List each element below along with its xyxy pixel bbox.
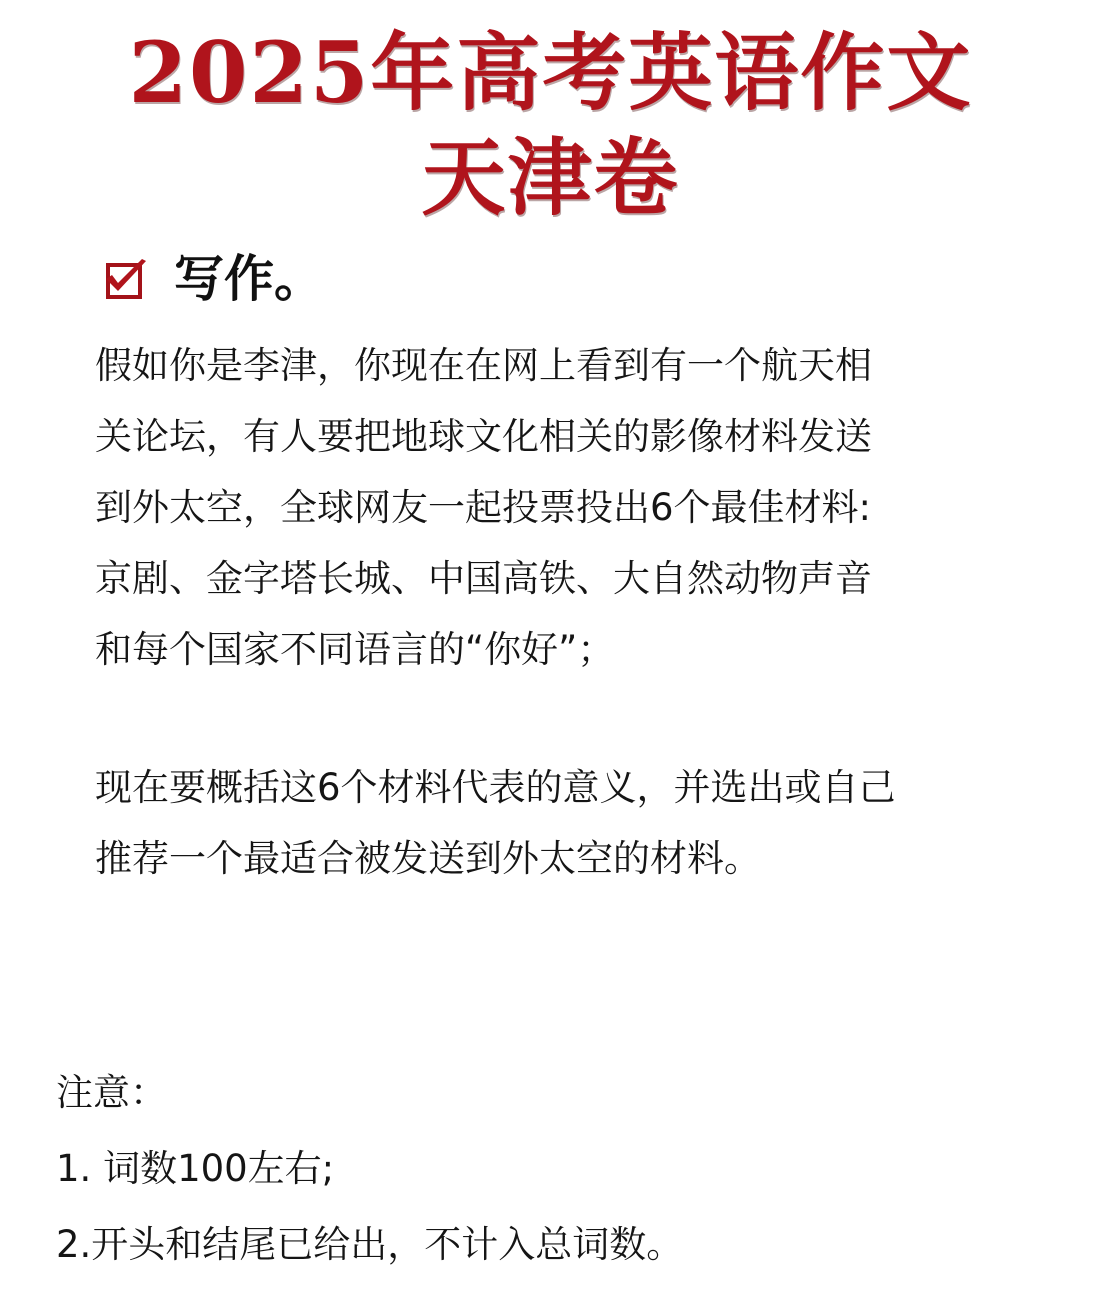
prompt-line: 假如你是李津，你现在在网上看到有一个航天相 [95,330,1055,401]
page-title-line2: 天津卷 [0,128,1101,228]
section-heading: 写作。 [104,244,324,314]
checkbox-checked-icon [104,257,148,301]
notes-item: 2.开头和结尾已给出，不计入总词数。 [56,1207,683,1283]
page-title-line1: 2025年高考英语作文 [0,18,1101,128]
notes-section: 注意： 1. 词数100左右; 2.开头和结尾已给出，不计入总词数。 [56,1055,683,1283]
prompt-paragraph-1: 假如你是李津，你现在在网上看到有一个航天相 关论坛，有人要把地球文化相关的影像材… [95,330,1055,685]
prompt-line: 现在要概括这6个材料代表的意义，并选出或自己 [95,752,1055,823]
prompt-line: 关论坛，有人要把地球文化相关的影像材料发送 [95,401,1055,472]
prompt-paragraph-2: 现在要概括这6个材料代表的意义，并选出或自己 推荐一个最适合被发送到外太空的材料… [95,752,1055,894]
prompt-line: 推荐一个最适合被发送到外太空的材料。 [95,823,1055,894]
notes-heading: 注意： [56,1055,683,1131]
prompt-line: 到外太空，全球网友一起投票投出6个最佳材料: [95,472,1055,543]
section-heading-text: 写作。 [174,249,324,309]
notes-item: 1. 词数100左右; [56,1131,683,1207]
prompt-line: 京剧、金字塔长城、中国高铁、大自然动物声音 [95,543,1055,614]
prompt-line: 和每个国家不同语言的“你好”； [95,614,1055,685]
